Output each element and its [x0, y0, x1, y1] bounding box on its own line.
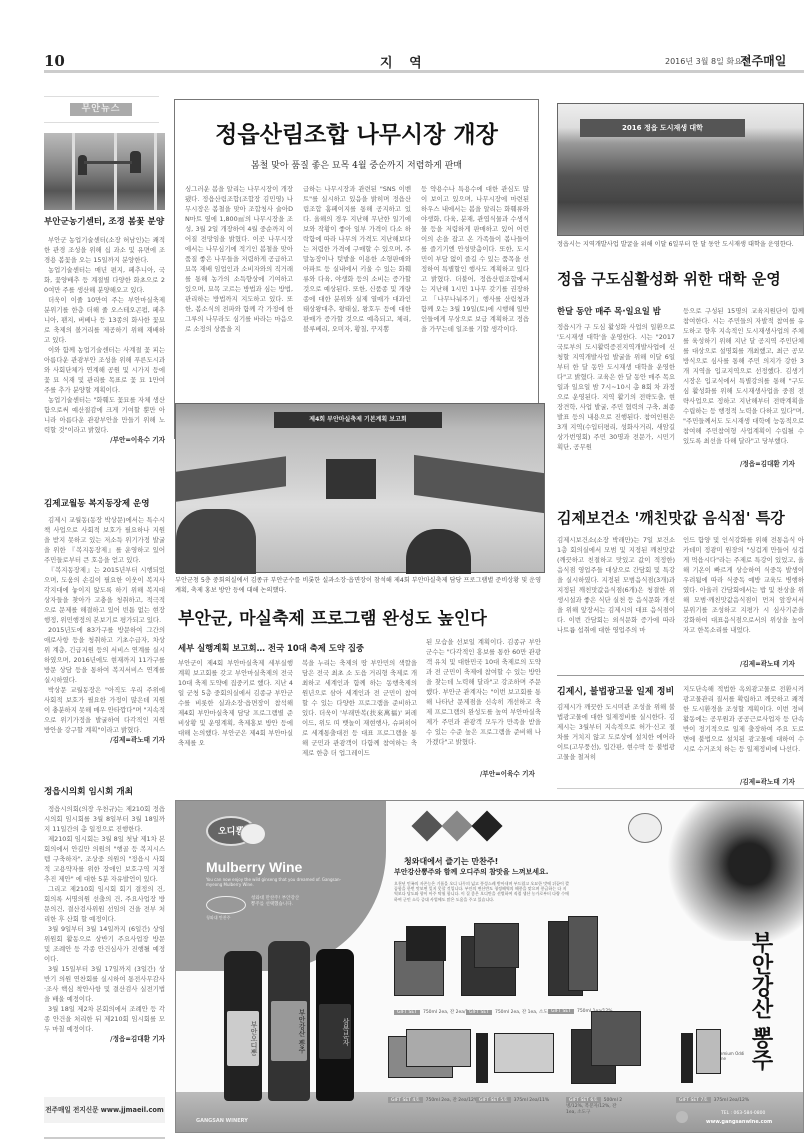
paragraph: 그리고 제210회 임시회 회기 결정의 건, 회의록 서명의원 선출의 건, … — [44, 884, 165, 924]
gift-box — [474, 923, 519, 968]
mascot-icon — [628, 813, 662, 843]
article-body: 정읍시의회(의장 우천규)는 제210회 정읍시의회 임시회를 3월 8일부터 … — [44, 804, 165, 1044]
gift-box — [406, 926, 446, 961]
article-column: 등으로 구성된 15명의 교육지원단이 함께 참여한다. 시는 주민들의 자발적… — [683, 306, 804, 456]
seal-caption: 청와대 만찬주 — [206, 915, 230, 921]
subheadline: 한달 동안 매주 목·일요일 밤 — [557, 305, 661, 317]
winery-logo-icon — [676, 1111, 688, 1123]
bottle-1: 부안오디뽕 — [224, 951, 262, 1101]
gift-set-label: GIFT SET 4호750ml 2ea, 잔 2ea/12% — [388, 1097, 478, 1103]
paragraph: 제210회 임시회는 3월 8일 첫날 제1차 본회의에서 안길만 의원의 "행… — [44, 834, 165, 884]
footer-rule — [44, 1137, 165, 1139]
headline: 김제보건소 '깨친맛값 음식점' 특강 — [557, 507, 785, 528]
article-title: 김제교월동 복지동장제 운영 — [44, 497, 150, 509]
byline: /김제=곽노태 기자 — [44, 735, 165, 745]
advertisement[interactable]: 오디뽕 Mulberry Wine You can now enjoy the … — [175, 800, 804, 1133]
gift-box — [406, 1029, 471, 1067]
byline: /정읍=김대환 기자 — [740, 458, 795, 468]
photo-caption: 부안군청 5층 중회의실에서 김종규 부안군수를 비롯한 실과소장·읍면장이 참… — [175, 576, 545, 595]
subheadline: 세부 실행계획 보고회… 전국 10대 축제 도약 집중 — [178, 642, 364, 654]
section-title: 지 역 — [380, 52, 428, 71]
gift-set-label: GIFT SET 6호500ml 2병/12%, 복분자/12%, 잔 1ea,… — [566, 1097, 626, 1115]
gift-box — [696, 1029, 721, 1074]
divider — [557, 675, 804, 676]
mulberry-photo — [666, 801, 804, 941]
article-title: 부안군농기센터, 조경 봄꽃 분양 — [44, 215, 164, 227]
group-photo: 2016 정읍 도시재생 대학 — [557, 103, 804, 236]
issue-date: 2016년 3월 8일 화요일 — [665, 56, 750, 67]
greenhouse-photo — [44, 133, 165, 210]
gift-set-label: GIFT SET 5호375ml 2ea/11% — [476, 1097, 549, 1103]
bottle-label: 부안오디뽕 — [227, 1011, 259, 1066]
article-body: 김제시 교월동(동장 박상문)에서는 특수시책 사업으로 사회적 보호가 필요하… — [44, 515, 165, 745]
bottle-label: 삼복분자 — [319, 1004, 351, 1059]
subheadline: 봄철 맞아 품질 좋은 묘목 4월 중순까지 저렴하게 판매 — [175, 158, 538, 171]
paragraph: 김제시 교월동(동장 박상문)에서는 특수시책 사업으로 사회적 보호가 필요하… — [44, 515, 165, 565]
paragraph: 농업기술센터는 "화훼도 꽃묘를 자체 생산함으로써 예산절감에 크게 기여할 … — [44, 395, 165, 435]
photo-banner: 제4회 부안마실축제 기본계획 보고회 — [274, 412, 442, 428]
divider — [557, 788, 804, 789]
paragraph: 3월 18일 제2차 본회의에서 조례안 등 각종 안건을 처리한 뒤 제210… — [44, 1004, 165, 1034]
paragraph: 더욱이 이줄 10만여 주는 부안마실축제 분위기를 한층 더해 줄 오스테오곤… — [44, 295, 165, 345]
article-column: 복을 누리는 축제의 땅 부안민의 색깔을 담은 전국 최초 소 도읍 거리형 … — [302, 658, 417, 778]
byline: /부안=이육수 기자 — [480, 768, 535, 778]
headline: 김제시, 불법광고물 일제 정비 — [557, 684, 674, 697]
company-name: GANGSAN WINERY — [196, 1118, 248, 1124]
gift-box — [681, 1033, 693, 1083]
gift-box — [494, 1033, 554, 1073]
article-column: 인드 함양 및 인식강화를 위해 전통음식 아카데미 정광미 원장의 "싱겁게 … — [683, 535, 804, 655]
bottle-2: 부안강산 뽕주 — [268, 941, 310, 1101]
article-column: 된 모습을 선보일 계획이다. 김종규 부안군수는 "다각적인 홍보를 통한 6… — [426, 637, 541, 762]
ad-headline: 청와대에서 즐기는 만찬주! — [404, 856, 498, 867]
byline: /김제=곽노태 기자 — [740, 776, 795, 786]
diamond-photo — [441, 810, 472, 841]
ad-website[interactable]: www.gangsanwine.com — [706, 1119, 772, 1125]
byline: /부안=이육수 기자 — [44, 435, 165, 445]
headline: 부안군, 마실축제 프로그램 완성도 높인다 — [178, 604, 487, 629]
paragraph: 정읍시의회(의장 우천규)는 제210회 정읍시의회 임시회를 3월 8일부터 … — [44, 804, 165, 834]
paragraph: 3월 15일부터 3월 17일까지 (3일간) 상반기 의원 연찬회를 실시하여… — [44, 964, 165, 1004]
gift-box — [476, 1033, 488, 1083]
article-title: 정읍시의회 임시회 개최 — [44, 785, 133, 797]
byline: /김제=곽노태 기자 — [740, 658, 795, 668]
gift-box — [591, 1011, 641, 1066]
diamond-photo — [411, 810, 442, 841]
byline: /정읍=김대환 기자 — [44, 1034, 165, 1044]
paragraph: 이와 함께 농업기술센터는 사계절 꽃 피는 아름다운 관광부안 조성을 위해 … — [44, 345, 165, 395]
photo-caption: 정읍시는 지역개발사업 발굴을 위해 이달 6일부터 한 달 동안 도시재생 대… — [557, 240, 804, 250]
newspaper-brand: 전주매일 — [740, 52, 786, 69]
main-article-box: 정읍산림조합 나무시장 개장 봄철 맞아 품질 좋은 묘목 4월 중순까지 저렴… — [174, 99, 539, 439]
divider — [44, 96, 159, 97]
article-column: 김제시보건소(소장 박래만)는 7일 보건소 1층 회의실에서 모범 및 지정된… — [557, 535, 675, 665]
meeting-photo: 제4회 부안마실축제 기본계획 보고회 — [175, 403, 545, 573]
product-description: You can now enjoy the wild ginseng that … — [206, 877, 346, 887]
article-column: 부안군이 제4회 부안마실축제 세부실행계획 보고회를 갖고 부안마실축제의 전… — [178, 658, 293, 778]
gift-set-label: GIFT SET750ml 2ea, 잔 2ea/14% — [394, 1009, 476, 1015]
paragraph: 3월 9일부터 3월 14일까지 (6일간) 상임위원회 활동으로 상반기 주요… — [44, 924, 165, 964]
ad-body: 오천년 민족의 자존능은 기품을 오디 나무의 넓고 풍성스레 받아내며 부드럽… — [394, 881, 569, 902]
brand-calligraphy: 부안강산 뽕주 — [746, 931, 777, 1071]
gift-set-label: GIFT SET 7호375ml 2ea/12% — [676, 1097, 749, 1103]
bottle-label: 부안강산 뽕주 — [271, 1001, 307, 1061]
footer-website[interactable]: 전주매일 전지신문 www.jjmaeil.com — [44, 1097, 165, 1123]
product-title: Mulberry Wine — [206, 859, 302, 875]
paragraph: 부안군 농업기술센터(소장 허남인)는 쾌적한 관경 조성을 위해 십 과소 및… — [44, 235, 165, 265]
paragraph: 농업기술센터는 매년 편지, 페추니아, 국화, 꽃양배추 등 계절별 다양한 … — [44, 265, 165, 295]
article-column: 김제시가 깨끗한 도시미관 조성을 위해 불법광고물에 대한 일제정비를 실시한… — [557, 702, 675, 782]
gift-set-badge — [471, 810, 502, 841]
article-body: 부안군 농업기술센터(소장 허남인)는 쾌적한 관경 조성을 위해 십 과소 및… — [44, 235, 165, 445]
article-column: 정읍시가 구 도심 활성화 사업의 일환으로 '도시재생 대학'을 운영한다. … — [557, 322, 675, 462]
article-column: 지도단속해 적법한 옥외광고물로 전환시켜 광고물관리 질서를 확립하고 깨끗하… — [683, 684, 804, 774]
seal-icon — [206, 896, 246, 914]
headline: 정읍 구도심활성화 위한 대학 운영 — [557, 268, 781, 289]
headline: 정읍산림조합 나무시장 개장 — [175, 116, 538, 149]
paragraph: 2015년도에 83가구를 방문하여 그간의 애로사항 등을 청취하고 기초수급… — [44, 625, 165, 685]
section-logo: 무안뉴스 — [70, 103, 132, 116]
header-rule — [44, 70, 804, 73]
mascot-icon — [240, 823, 266, 845]
paragraph: 박상문 교월동장은 "아직도 우리 주위에 사회적 보호가 필요한 가정이 많은… — [44, 685, 165, 735]
gift-box — [568, 916, 598, 991]
ad-phone: TEL : 063-584-0800 — [721, 1111, 765, 1116]
seal-text: 청와대 만찬주! 부안강산뽕주를 선택했습니다. — [251, 896, 301, 908]
bottle-3: 삼복분자 — [316, 949, 354, 1101]
article-column: 싱그러운 봄을 알리는 나무시장이 개장됐다. 정읍산림조합(조합장 김민영) … — [185, 184, 293, 429]
photo-banner: 2016 정읍 도시재생 대학 — [580, 119, 745, 137]
paragraph: 『복지동장제』는 2015년부터 시행되었으며, 도움의 손길이 필요한 이웃이… — [44, 565, 165, 625]
brand-subtitle: Premium Oddi Wine — [716, 1051, 751, 1061]
page-number: 10 — [44, 52, 65, 70]
ad-subheadline: 부안강산뽕주와 함께 오디주의 참맛을 느껴보세요. — [394, 867, 548, 877]
article-column: 등 약용수나 특용수에 대한 관심도 많이 보이고 있으며, 나무시장에 마련된… — [421, 184, 529, 419]
article-column: 급하는 나무시장과 관련된 "SNS 이벤트"를 실시하고 있음을 밝히며 정읍… — [303, 184, 411, 429]
divider — [44, 122, 159, 123]
